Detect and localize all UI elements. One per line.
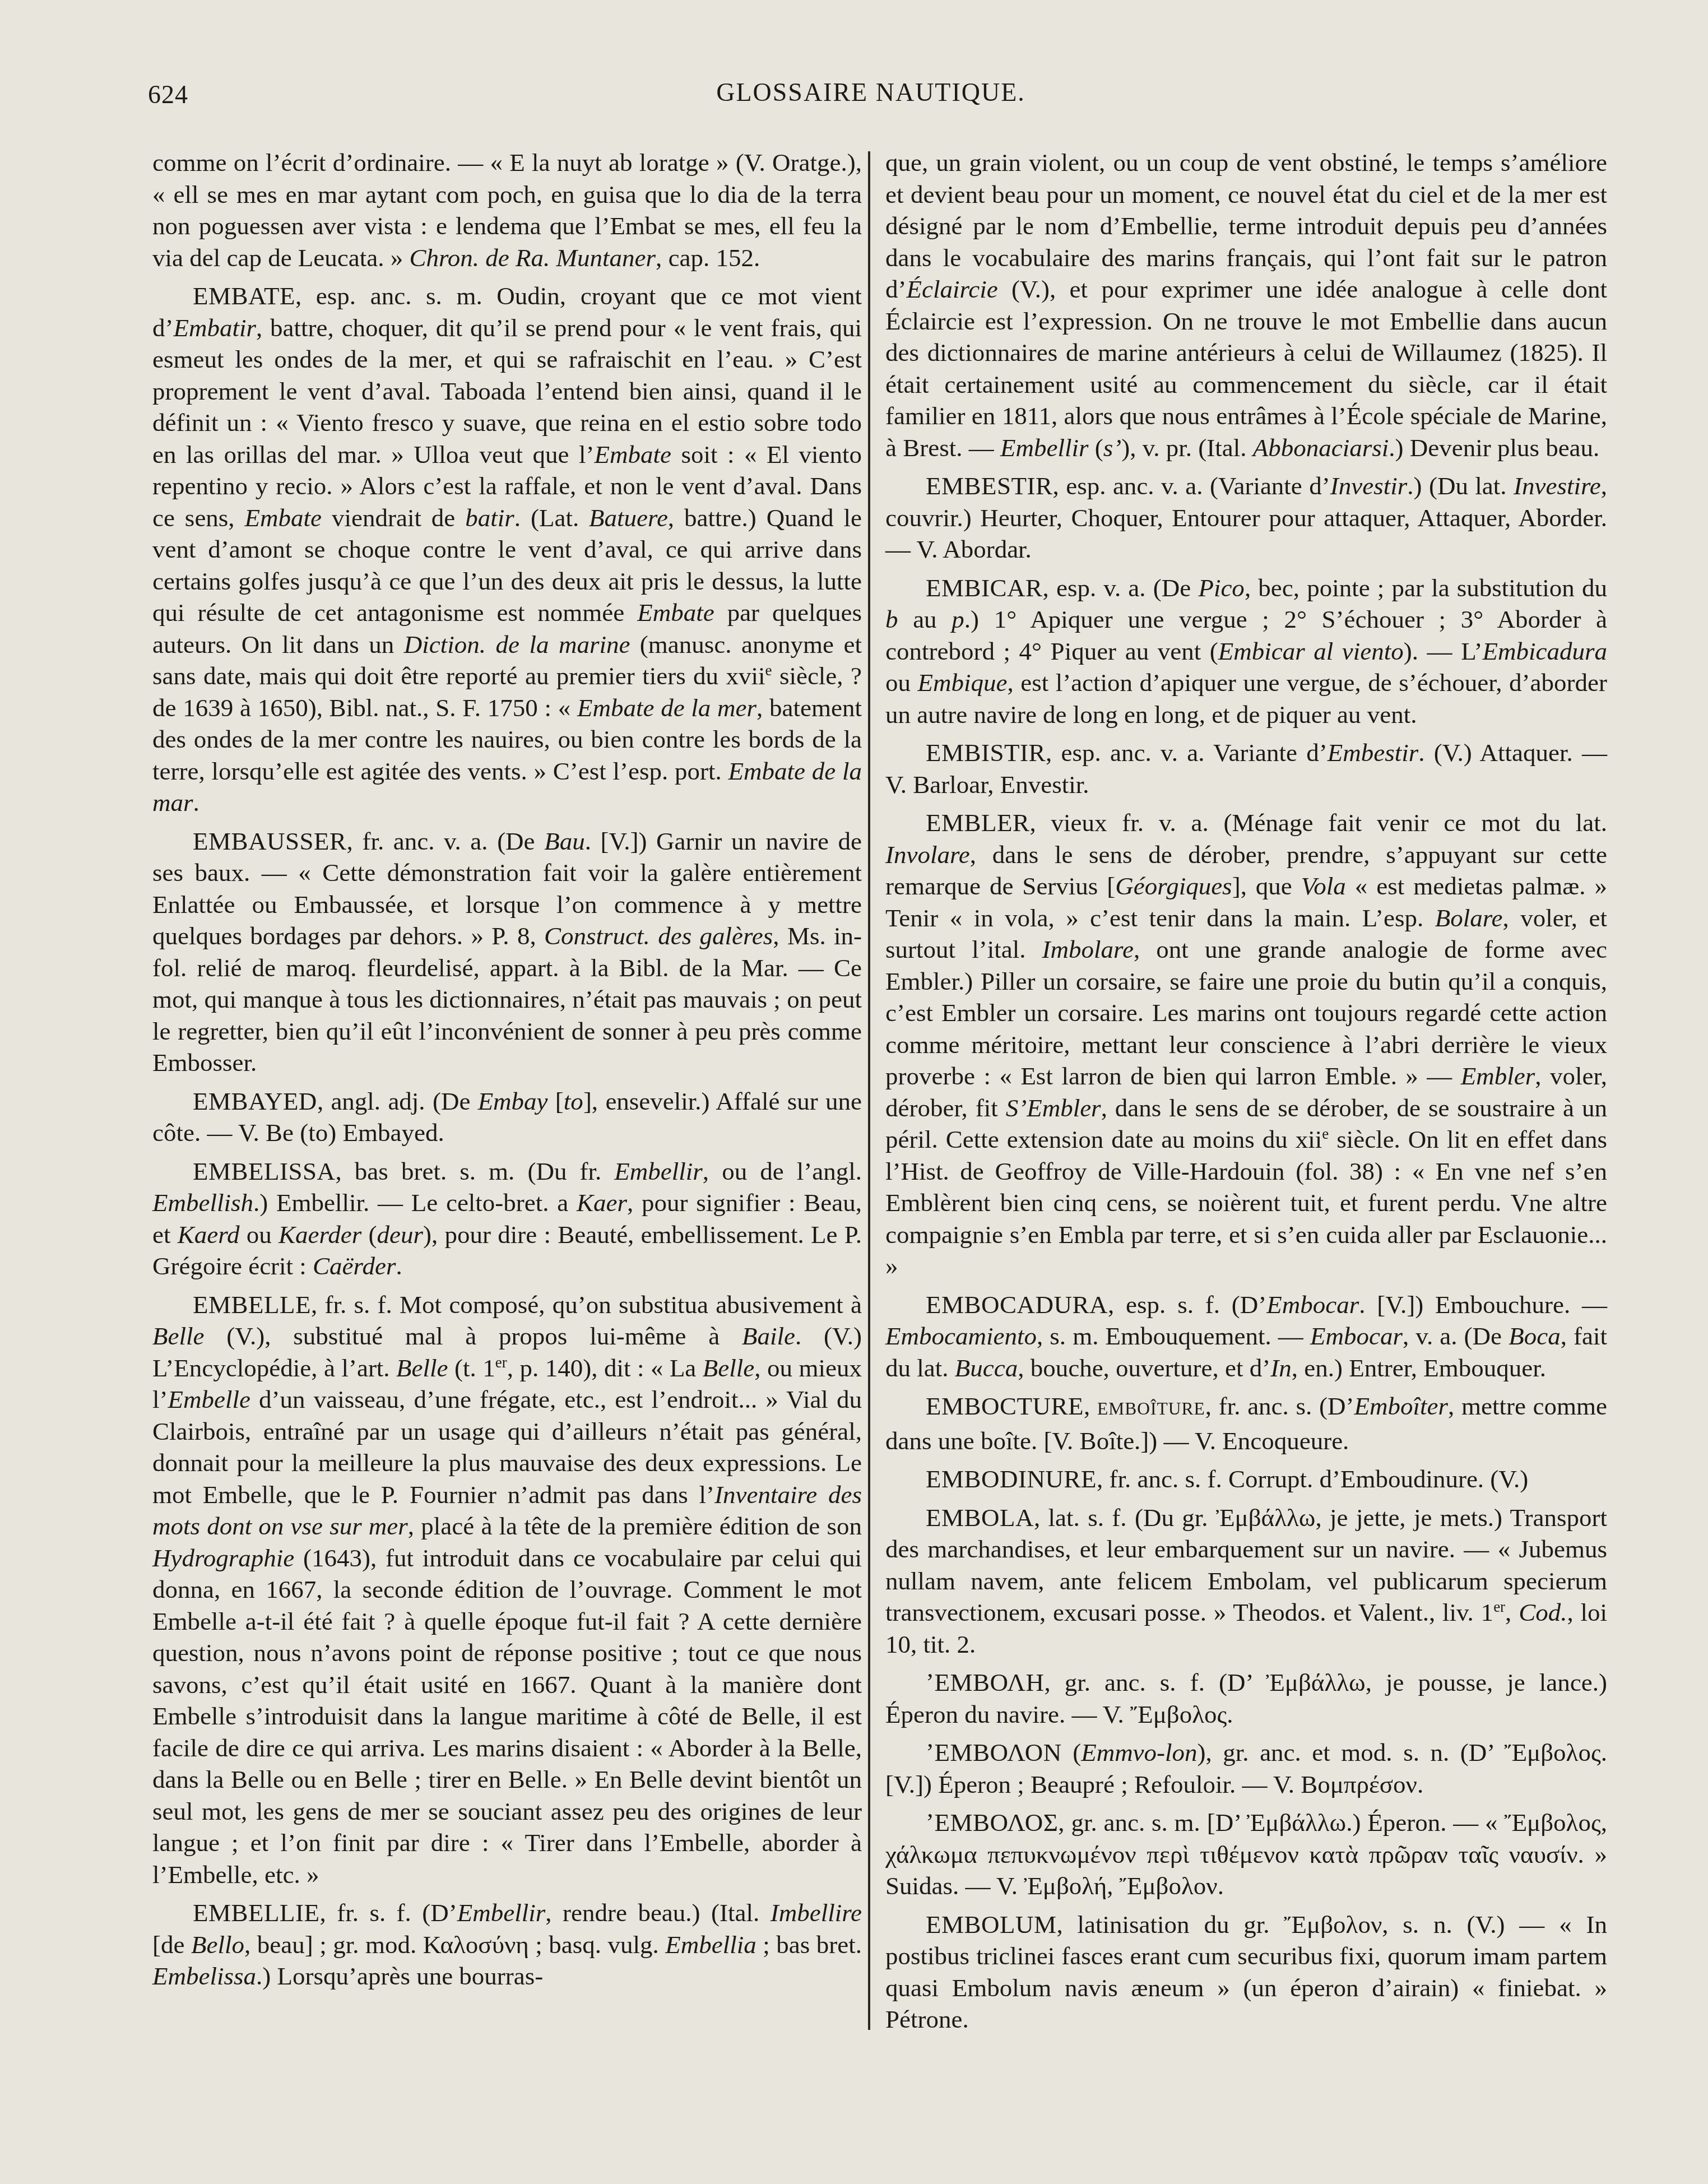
glossary-entry: ʼΕΜΒΟΛΗ, gr. anc. s. f. (D’ Ἐμβάλλω, je … [885, 1667, 1607, 1730]
italic-term: Diction. de la marine [404, 630, 630, 659]
entry-text: , fr. anc. s. f. Corrupt. d’Emboudinure.… [1097, 1465, 1528, 1493]
entry-text: , [1505, 1598, 1519, 1626]
entry-continuation: comme on l’écrit d’ordinaire. — « E la n… [152, 147, 862, 273]
italic-term: Embocar [1266, 1291, 1359, 1319]
entry-headword: ʼΕΜΒΟΛΗ [926, 1668, 1044, 1696]
entry-headword: EMBODINURE [926, 1465, 1097, 1493]
italic-term: Embate [245, 504, 322, 532]
entry-text: , beau] ; gr. mod. Καλοσύνη ; basq. vulg… [244, 1931, 665, 1959]
italic-term: Embate [595, 440, 671, 469]
entry-text: ou [885, 669, 917, 697]
entry-text: , s. m. Embouquement. — [1037, 1322, 1310, 1350]
glossary-entry: EMBLER, vieux fr. v. a. (Ménage fait ven… [885, 807, 1607, 1282]
italic-term: Belle [152, 1322, 204, 1350]
italic-term: Bau [544, 827, 585, 855]
running-title: GLOSSAIRE NAUTIQUE. [0, 77, 1708, 107]
italic-term: Caërder [313, 1252, 396, 1280]
italic-term: Bello [191, 1931, 244, 1959]
italic-term: to [564, 1087, 583, 1115]
entry-headword: EMBELLIE [193, 1899, 319, 1927]
right-column: que, un grain violent, ou un coup de ven… [885, 147, 1607, 2042]
entry-text: [de [152, 1931, 191, 1959]
entry-text: ), v. pr. (Ital. [1121, 434, 1253, 462]
italic-term: Embatir [174, 314, 257, 342]
italic-term: Emmvo-lon [1081, 1738, 1197, 1766]
italic-term: Géorgiques [1115, 872, 1232, 900]
entry-text: (1643), fut introduit dans ce vocabulair… [152, 1544, 862, 1889]
entry-text: .) Devenir plus beau. [1389, 434, 1599, 462]
italic-term: Embellish [152, 1189, 253, 1217]
entry-text: ). — L’ [1404, 637, 1483, 665]
glossary-entry: EMBAUSSER, fr. anc. v. a. (De Bau. [V.])… [152, 826, 862, 1079]
italic-term: Pico [1198, 574, 1244, 602]
italic-term: Bucca [955, 1354, 1018, 1382]
italic-term: Bolare [1435, 904, 1503, 932]
italic-term: Hydrographie [152, 1544, 294, 1572]
entry-text: , bec, pointe ; par la substitution du [1245, 574, 1607, 602]
entry-headword: EMBICAR [926, 574, 1043, 602]
entry-headword: EMBAYED [193, 1087, 317, 1115]
glossary-entry: EMBAYED, angl. adj. (De Embay [to], ense… [152, 1086, 862, 1149]
entry-headword: EMBELLE [193, 1291, 311, 1319]
entry-text: ( [361, 1221, 377, 1249]
italic-term: Kaerder [279, 1221, 361, 1249]
italic-term: Embate [637, 599, 714, 627]
glossary-entry: EMBELLIE, fr. s. f. (D’Embellir, rendre … [152, 1897, 862, 1992]
entry-text: .) (Du lat. [1407, 472, 1514, 500]
italic-term: Batuere [589, 504, 668, 532]
entry-continuation: que, un grain violent, ou un coup de ven… [885, 147, 1607, 463]
italic-term: Construct. des galères [544, 922, 773, 950]
italic-term: batir [465, 504, 514, 532]
glossary-entry: EMBODINURE, fr. anc. s. f. Corrupt. d’Em… [885, 1463, 1607, 1495]
superscript: e [1322, 1125, 1329, 1142]
glossary-entry: EMBISTIR, esp. anc. v. a. Variante d’Emb… [885, 737, 1607, 800]
italic-term: S’Embler [1006, 1094, 1101, 1122]
entry-text: , vieux fr. v. a. (Ménage fait venir ce … [1030, 809, 1607, 837]
italic-term: Imbellire [771, 1899, 862, 1927]
italic-term: Embler [1461, 1062, 1535, 1090]
italic-term: Involare [885, 841, 970, 869]
entry-text: (t. 1 [448, 1354, 495, 1382]
italic-term: Embocamiento [885, 1322, 1037, 1350]
entry-text: . [396, 1252, 402, 1280]
entry-text: . [V.]) Embouchure. — [1359, 1291, 1607, 1319]
italic-term: Embestir [1328, 739, 1419, 767]
italic-term: Embellir [614, 1157, 702, 1185]
italic-term: Kaerd [178, 1221, 240, 1249]
entry-text: .) Lorsqu’après une bourras- [256, 1962, 543, 1990]
entry-text: , fr. s. f. Mot composé, qu’on substitua… [311, 1291, 862, 1319]
entry-text: ( [1062, 1738, 1082, 1766]
entry-headword: EMBELISSA [193, 1157, 336, 1185]
italic-term: Embate de la mer [577, 694, 756, 722]
entry-text: , angl. adj. (De [317, 1087, 478, 1115]
entry-text: [ [548, 1087, 564, 1115]
entry-headword: ʼΕΜΒΟΛΟΝ [926, 1738, 1062, 1766]
italic-term: deur [377, 1221, 424, 1249]
italic-term: Investir [1330, 472, 1407, 500]
entry-text: , esp. v. a. (De [1043, 574, 1199, 602]
entry-text: au [898, 605, 952, 633]
glossary-entry: EMBOLUM, latinisation du gr. Ἔμβολον, s.… [885, 1909, 1607, 2035]
entry-text: , placé à la tête de la première édition… [408, 1512, 862, 1540]
italic-term: Belle [396, 1354, 448, 1382]
italic-term: Embay [478, 1087, 548, 1115]
entry-text: , bas bret. s. m. (Du fr. [336, 1157, 615, 1185]
entry-headword: EMBISTIR [926, 739, 1046, 767]
entry-text: , p. 140), dit : « La [507, 1354, 703, 1382]
glossary-entry: EMBATE, esp. anc. s. m. Oudin, croyant q… [152, 280, 862, 819]
italic-term: Embicadura [1483, 637, 1607, 665]
italic-term: Imbolare [1042, 935, 1134, 963]
column-divider [868, 151, 870, 2030]
superscript: er [1493, 1598, 1505, 1615]
glossary-entry: EMBICAR, esp. v. a. (De Pico, bec, point… [885, 572, 1607, 731]
glossary-entry: ʼΕΜΒΟΛΟΣ, gr. anc. s. m. [D’ Ἐμβάλλω.) É… [885, 1807, 1607, 1902]
italic-term: Emboîter [1354, 1392, 1447, 1420]
entry-text: , en.) Entrer, Embouquer. [1292, 1354, 1546, 1382]
glossary-entry: EMBOCTURE, EMBOÎTURE, fr. anc. s. (D’Emb… [885, 1390, 1607, 1457]
glossary-entry: EMBESTIR, esp. anc. v. a. (Variante d’In… [885, 470, 1607, 565]
entry-headword: EMBESTIR [926, 472, 1053, 500]
entry-text: , rendre beau.) (Ital. [545, 1899, 770, 1927]
italic-term: p [952, 605, 964, 633]
entry-text: , v. a. (De [1403, 1322, 1509, 1350]
entry-text: , fr. anc. v. a. (De [347, 827, 545, 855]
superscript: er [495, 1354, 507, 1371]
glossary-entry: EMBELISSA, bas bret. s. m. (Du fr. Embel… [152, 1156, 862, 1282]
superscript: e [765, 662, 772, 679]
glossary-entry: ʼΕΜΒΟΛΟΝ (Emmvo-lon), gr. anc. et mod. s… [885, 1737, 1607, 1800]
italic-term: Kaer [577, 1189, 627, 1217]
entry-text: viendrait de [322, 504, 465, 532]
italic-term: s’ [1103, 434, 1122, 462]
italic-term: Boca [1509, 1322, 1560, 1350]
italic-term: Embocar [1310, 1322, 1403, 1350]
italic-term: Embellir [457, 1899, 545, 1927]
italic-term: Embelle [168, 1385, 250, 1413]
entry-text: . [193, 789, 199, 817]
entry-headword: EMBAUSSER [193, 827, 347, 855]
glossary-entry: EMBELLE, fr. s. f. Mot composé, qu’on su… [152, 1289, 862, 1891]
entry-text: (V.), substitué mal à propos lui-même à [204, 1322, 742, 1350]
entry-text: , bouche, ouverture, et d’ [1018, 1354, 1270, 1382]
entry-headword: EMBLER [926, 809, 1030, 837]
entry-headword: EMBATE [193, 282, 295, 310]
entry-headword: ʼΕΜΒΟΛΟΣ [926, 1809, 1058, 1837]
entry-headword: EMBOLUM [926, 1911, 1057, 1939]
entry-headword: EMBOCADURA [926, 1291, 1108, 1319]
italic-term: Embelissa [152, 1962, 256, 1990]
entry-text: ou [240, 1221, 279, 1249]
entry-text: . (Lat. [514, 504, 589, 532]
italic-term: Belle [703, 1354, 754, 1382]
italic-term: Embellia [665, 1931, 756, 1959]
entry-text: , fr. anc. s. (D’ [1205, 1392, 1354, 1420]
entry-text: , cap. 152. [656, 244, 760, 272]
entry-text: , fr. s. f. (D’ [319, 1899, 457, 1927]
entry-text: .) Embellir. — Le celto-bret. a [253, 1189, 577, 1217]
italic-term: In [1270, 1354, 1292, 1382]
italic-term: Chron. de Ra. Muntaner [410, 244, 656, 272]
italic-term: Éclaircie [907, 275, 998, 303]
italic-term: Embique [917, 669, 1007, 697]
italic-term: Cod. [1519, 1598, 1567, 1626]
entry-text: ( [1088, 434, 1103, 462]
italic-term: Abbonaciarsi [1253, 434, 1389, 462]
glossary-entry: EMBOLA, lat. s. f. (Du gr. Ἐμβάλλω, je j… [885, 1502, 1607, 1661]
italic-term: Embellir [1000, 434, 1088, 462]
entry-text: ; bas bret. [756, 1931, 862, 1959]
entry-headword: EMBOCTURE [926, 1392, 1084, 1420]
italic-term: Vola [1301, 872, 1346, 900]
entry-text: , esp. s. f. (D’ [1108, 1291, 1266, 1319]
entry-headword: EMBOLA [926, 1504, 1034, 1532]
glossary-entry: EMBOCADURA, esp. s. f. (D’Embocar. [V.])… [885, 1289, 1607, 1384]
entry-headword-variant: EMBOÎTURE [1097, 1399, 1205, 1418]
entry-text: , esp. anc. v. a. Variante d’ [1046, 739, 1328, 767]
left-column: comme on l’écrit d’ordinaire. — « E la n… [152, 147, 862, 1999]
italic-term: Investire [1514, 472, 1601, 500]
entry-text: , ou de l’angl. [703, 1157, 862, 1185]
entry-text: , esp. anc. v. a. (Variante d’ [1053, 472, 1330, 500]
italic-term: Baile [742, 1322, 795, 1350]
entry-text: ], que [1232, 872, 1301, 900]
italic-term: Embicar al viento [1218, 637, 1404, 665]
italic-term: b [885, 605, 898, 633]
